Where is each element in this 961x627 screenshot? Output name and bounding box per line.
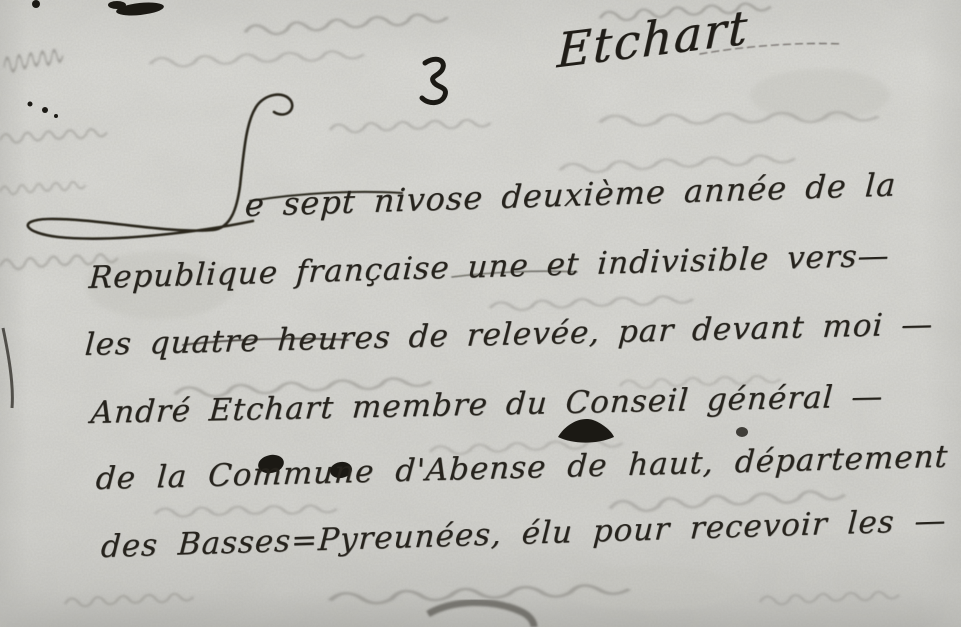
manuscript-page: L Etchart e sept nivos	[0, 0, 961, 627]
